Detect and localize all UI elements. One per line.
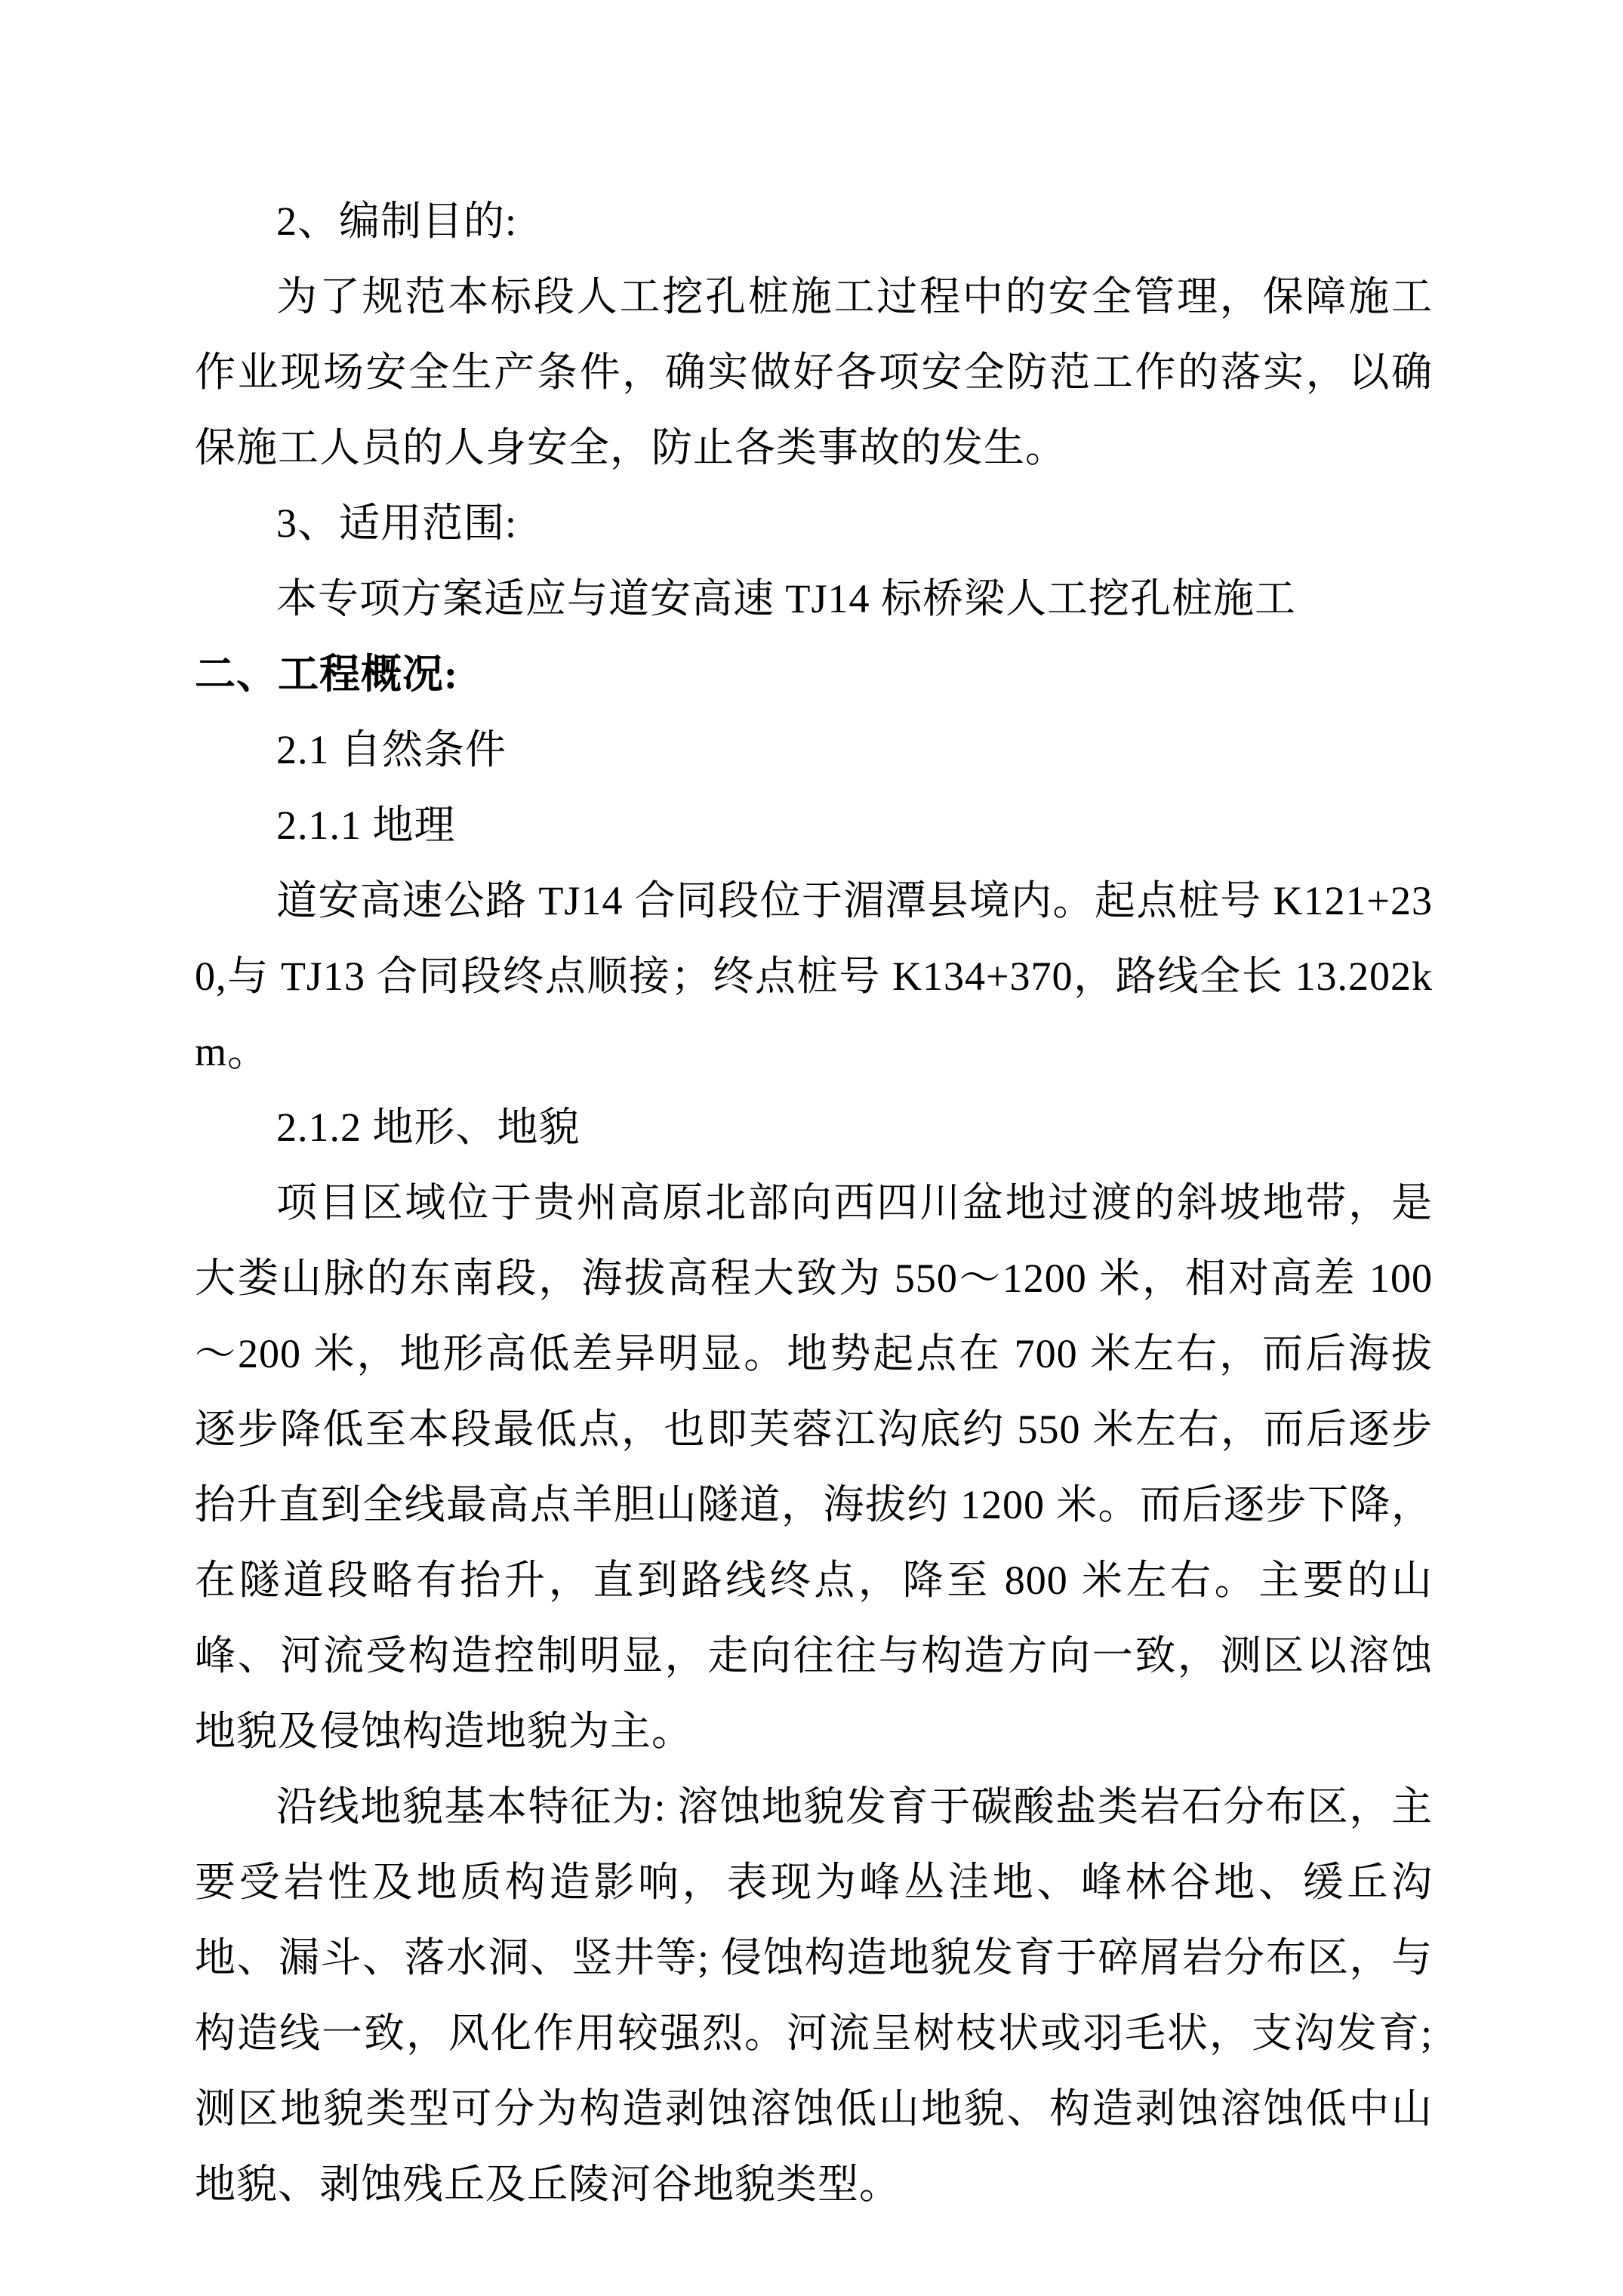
- para-compilation-purpose-heading: 2、编制目的:: [195, 183, 1433, 259]
- para-scope-body: 本专项方案适应与道安高速 TJ14 标桥梁人工挖孔桩施工: [195, 561, 1433, 636]
- document-page: 2、编制目的: 为了规范本标段人工挖孔桩施工过程中的安全管理，保障施工作业现场安…: [0, 0, 1623, 2296]
- para-geography-heading: 2.1.1 地理: [195, 787, 1433, 863]
- document-body: 2、编制目的: 为了规范本标段人工挖孔桩施工过程中的安全管理，保障施工作业现场安…: [195, 183, 1433, 2222]
- para-natural-conditions-heading: 2.1 自然条件: [195, 712, 1433, 787]
- heading-project-overview: 二、工程概况:: [195, 636, 1433, 712]
- para-topography-body: 项目区域位于贵州高原北部向西四川盆地过渡的斜坡地带，是大娄山脉的东南段，海拔高程…: [195, 1165, 1433, 1769]
- para-compilation-purpose-body: 为了规范本标段人工挖孔桩施工过程中的安全管理，保障施工作业现场安全生产条件，确实…: [195, 259, 1433, 485]
- para-topography-heading: 2.1.2 地形、地貌: [195, 1089, 1433, 1165]
- para-scope-heading: 3、适用范围:: [195, 485, 1433, 561]
- para-geography-body: 道安高速公路 TJ14 合同段位于湄潭县境内。起点桩号 K121+230,与 T…: [195, 863, 1433, 1089]
- para-landform-features-body: 沿线地貌基本特征为: 溶蚀地貌发育于碳酸盐类岩石分布区，主要受岩性及地质构造影响…: [195, 1769, 1433, 2222]
